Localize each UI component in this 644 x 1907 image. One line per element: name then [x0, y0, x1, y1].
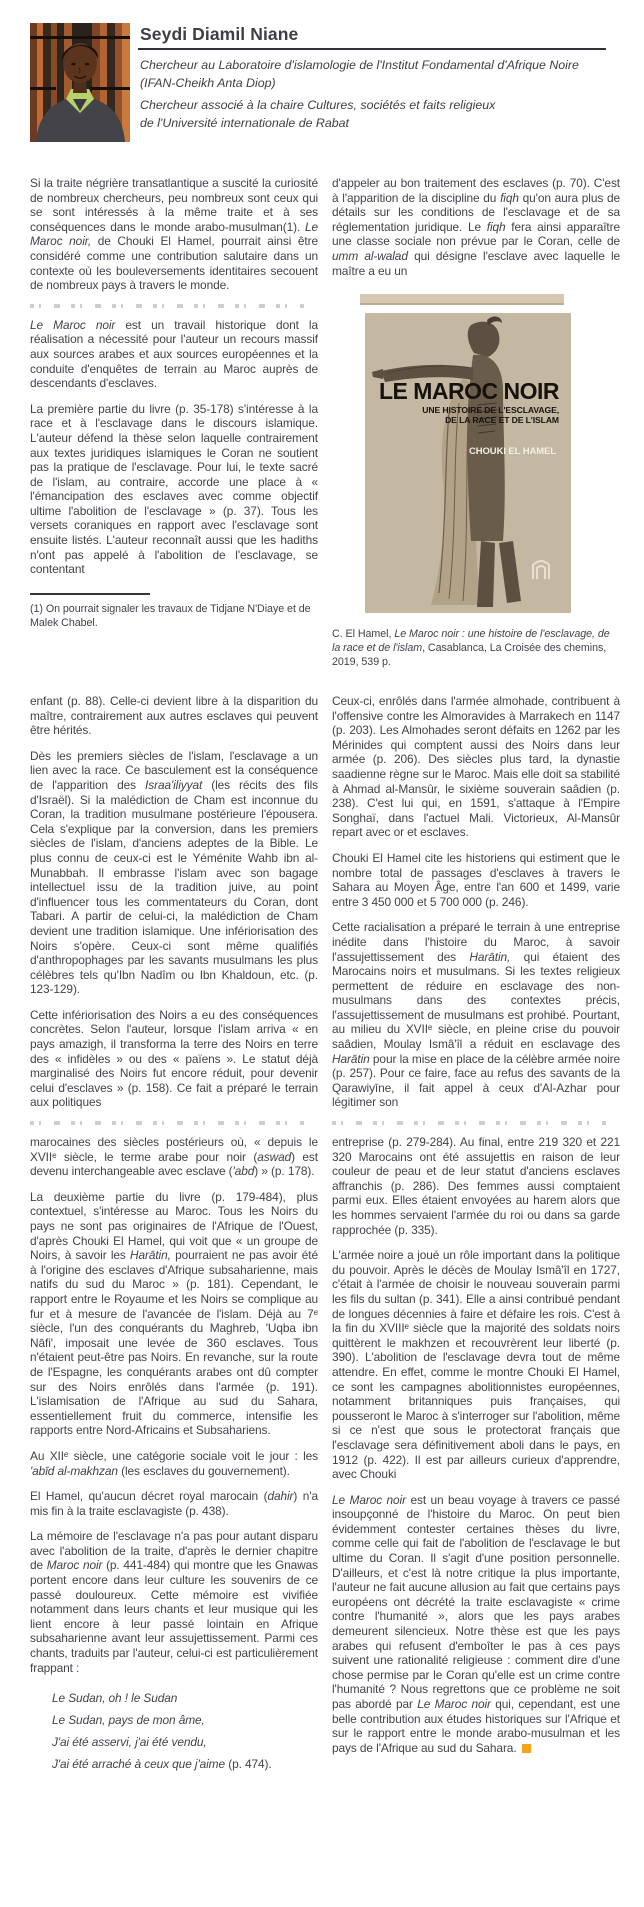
book-cover-top-edge: [360, 294, 564, 305]
song-verse: Le Sudan, oh ! le Sudan Le Sudan, pays d…: [52, 1691, 318, 1771]
paragraph: enfant (p. 88). Celle-ci devient libre à…: [30, 694, 318, 738]
book-cover-image: LE MAROC NOIR UNE HISTOIRE DE L'ESCLAVAG…: [365, 313, 571, 613]
verse-line: J'ai été arraché à ceux que j'aime (p. 4…: [52, 1757, 318, 1771]
page-break-artifact: [332, 1121, 606, 1125]
paragraph: Dès les premiers siècles de l'islam, l'e…: [30, 749, 318, 997]
paragraph: Le Maroc noir est un travail historique …: [30, 318, 318, 391]
author-name: Seydi Diamil Niane: [140, 24, 298, 45]
book-cover-author: CHOUKI EL HAMEL: [469, 446, 556, 457]
article-page: Seydi Diamil Niane Chercheur au Laborato…: [0, 0, 644, 1907]
author-affiliation-2: Chercheur associé à la chaire Cultures, …: [140, 97, 622, 132]
book-cover-title: LE MAROC NOIR: [379, 378, 560, 404]
author-portrait-photo: [30, 23, 130, 142]
author-bio: Chercheur au Laboratoire d'islamologie d…: [140, 57, 622, 137]
column-right-bottom: Ceux-ci, enrôlés dans l'armée almohade, …: [332, 694, 620, 1755]
page-break-artifact: [30, 304, 304, 308]
paragraph: La deuxième partie du livre (p. 179-484)…: [30, 1190, 318, 1438]
paragraph: Chouki El Hamel cite les historiens qui …: [332, 851, 620, 909]
column-right-top: d'appeler au bon traitement des esclaves…: [332, 176, 620, 669]
verse-line: J'ai été asservi, j'ai été vendu,: [52, 1735, 318, 1749]
column-left-top: Si la traite négrière transatlantique a …: [30, 176, 318, 630]
paragraph: Au XIIᵉ siècle, une catégorie sociale vo…: [30, 1449, 318, 1478]
book-cover-subtitle-1: UNE HISTOIRE DE L'ESCLAVAGE,: [422, 405, 559, 415]
book-caption: C. El Hamel, Le Maroc noir : une histoir…: [332, 627, 620, 669]
verse-line: Le Sudan, pays de mon âme,: [52, 1713, 318, 1727]
paragraph: d'appeler au bon traitement des esclaves…: [332, 176, 620, 278]
page-break-artifact: [30, 1121, 304, 1125]
footnote: (1) On pourrait signaler les travaux de …: [30, 603, 318, 631]
paragraph: marocaines des siècles postérieurs où, «…: [30, 1135, 318, 1179]
paragraph: Cette infériorisation des Noirs a eu des…: [30, 1008, 318, 1110]
paragraph: La première partie du livre (p. 35-178) …: [30, 402, 318, 577]
paragraph: Cette racialisation a préparé le terrain…: [332, 920, 620, 1110]
end-of-article-marker: [522, 1744, 531, 1753]
author-affiliation-1: Chercheur au Laboratoire d'islamologie d…: [140, 57, 622, 92]
paragraph: L'armée noire a joué un rôle important d…: [332, 1248, 620, 1482]
paragraph: La mémoire de l'esclavage n'a pas pour a…: [30, 1529, 318, 1675]
column-left-bottom: enfant (p. 88). Celle-ci devient libre à…: [30, 694, 318, 1779]
footnote-divider: [30, 593, 150, 595]
book-cover-subtitle-2: DE LA RACE ET DE L'ISLAM: [445, 415, 559, 425]
paragraph: Si la traite négrière transatlantique a …: [30, 176, 318, 293]
verse-line: Le Sudan, oh ! le Sudan: [52, 1691, 318, 1705]
header-divider: [138, 48, 606, 50]
closing-paragraph-text: Le Maroc noir est un beau voyage à trave…: [332, 1493, 620, 1755]
closing-paragraph: Le Maroc noir est un beau voyage à trave…: [332, 1493, 620, 1756]
paragraph: El Hamel, qu'aucun décret royal marocain…: [30, 1489, 318, 1518]
paragraph: Ceux-ci, enrôlés dans l'armée almohade, …: [332, 694, 620, 840]
paragraph: entreprise (p. 279-284). Au final, entre…: [332, 1135, 620, 1237]
